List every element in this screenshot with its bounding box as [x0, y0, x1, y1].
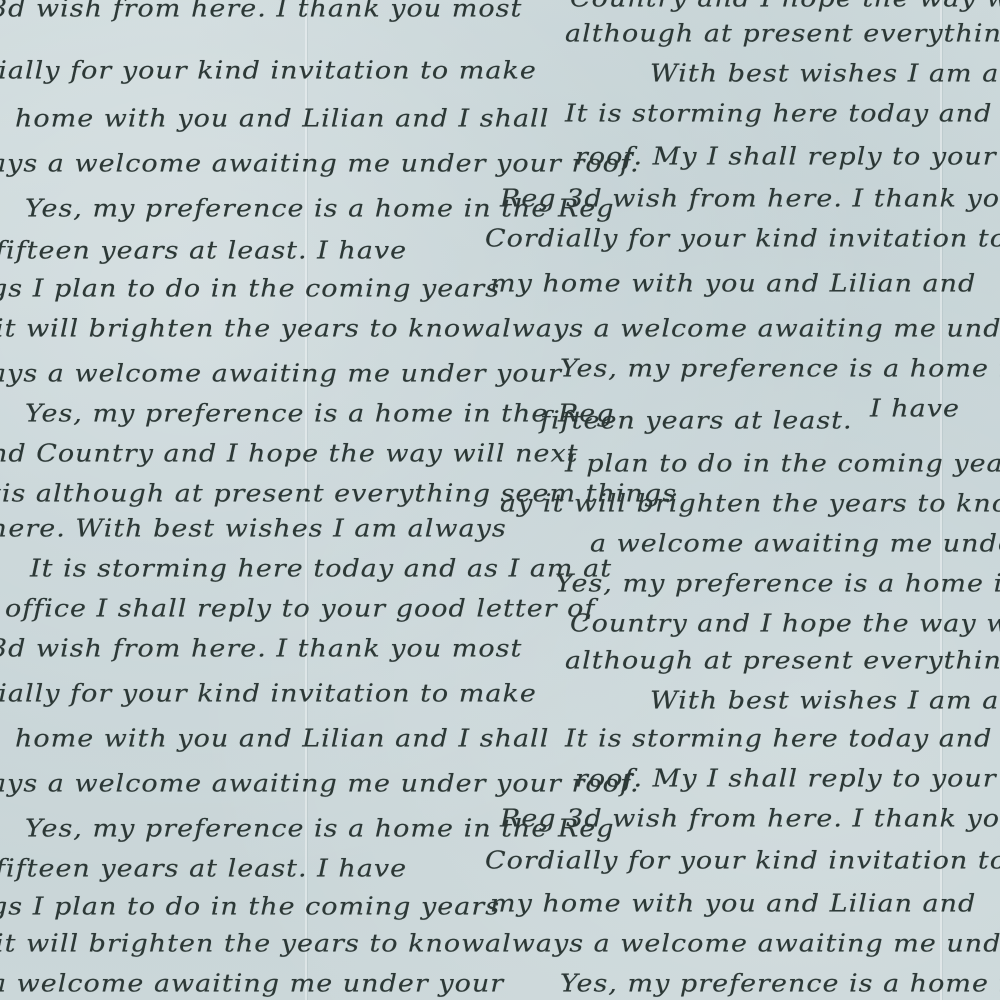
handwritten-line: With best wishes I am always: [650, 687, 1000, 715]
handwritten-line: Yes, my preference is a home in: [555, 570, 1000, 598]
handwritten-line: Country and I hope the way will: [570, 610, 1000, 638]
handwritten-line: fifteen years at least. I have: [0, 237, 407, 265]
handwritten-line: always a welcome awaiting me under: [485, 930, 1000, 958]
handwritten-line: It is storming here today and as I: [565, 725, 1000, 753]
handwritten-line: my home with you and Lilian and: [490, 890, 976, 918]
handwritten-line: home with you and Lilian and I shall: [15, 725, 549, 753]
handwritten-line: my home with you and Lilian and: [490, 270, 976, 298]
handwritten-line: fifteen years at least. I have: [0, 855, 407, 883]
handwritten-line: dially for your kind invitation to make: [0, 57, 537, 85]
handwritten-line: roof. My I shall reply to your good le: [575, 143, 1000, 171]
handwritten-line: 3d wish from here. I thank you most: [0, 635, 522, 663]
handwritten-line: Country and I hope the way will: [570, 0, 1000, 13]
handwritten-line: it will brighten the years to know: [0, 930, 485, 958]
handwritten-line: a welcome awaiting me under your: [0, 970, 504, 998]
handwritten-line: ays a welcome awaiting me under your roo…: [0, 770, 640, 798]
handwritten-line: Cordially for your kind invitation to m: [485, 847, 1000, 875]
handwritten-line: here. With best wishes I am always: [0, 515, 507, 543]
handwritten-line: ays a welcome awaiting me under your roo…: [0, 150, 640, 178]
handwritten-line: It is storming here today and as I am at: [30, 555, 612, 583]
handwritten-line: Cordially for your kind invitation to m: [485, 225, 1000, 253]
handwritten-line: always a welcome awaiting me under: [485, 315, 1000, 343]
handwritten-line: It is storming here today and as I: [565, 100, 1000, 128]
handwritten-line: gs I plan to do in the coming years: [0, 893, 500, 921]
handwritten-line: dially for your kind invitation to make: [0, 680, 537, 708]
handwritten-line: a welcome awaiting me under: [590, 530, 1000, 558]
handwritten-line: Yes, my preference is a home in: [560, 970, 1000, 998]
handwritten-line: I have: [870, 395, 960, 423]
handwritten-line: although at present everything seem: [565, 647, 1000, 675]
handwritten-line: nd Country and I hope the way will next: [0, 440, 579, 468]
handwritten-line: 3d wish from here. I thank you most: [0, 0, 522, 23]
handwritten-line: ays a welcome awaiting me under your: [0, 360, 562, 388]
handwritten-line: I plan to do in the coming year: [565, 450, 1000, 478]
handwritten-line: roof. My I shall reply to your good le: [575, 765, 1000, 793]
handwritten-line: With best wishes I am always: [650, 60, 1000, 88]
handwritten-line: although at present everything seem: [565, 20, 1000, 48]
handwritten-line: office I shall reply to your good letter…: [5, 595, 595, 623]
handwritten-line: home with you and Lilian and I shall: [15, 105, 549, 133]
handwritten-line: it will brighten the years to know: [0, 315, 485, 343]
handwritten-line: Yes, my preference is a home in the Reg: [25, 400, 615, 428]
handwritten-line: Reg 3d wish from here. I thank you: [500, 185, 1000, 213]
handwritten-line: ay it will brighten the years to know: [500, 490, 1000, 518]
handwritten-line: fifteen years at least.: [540, 407, 853, 435]
handwritten-line: Yes, my preference is a home in: [560, 355, 1000, 383]
handwritten-line: gs I plan to do in the coming years: [0, 275, 500, 303]
handwritten-line: Reg 3d wish from here. I thank you: [500, 805, 1000, 833]
